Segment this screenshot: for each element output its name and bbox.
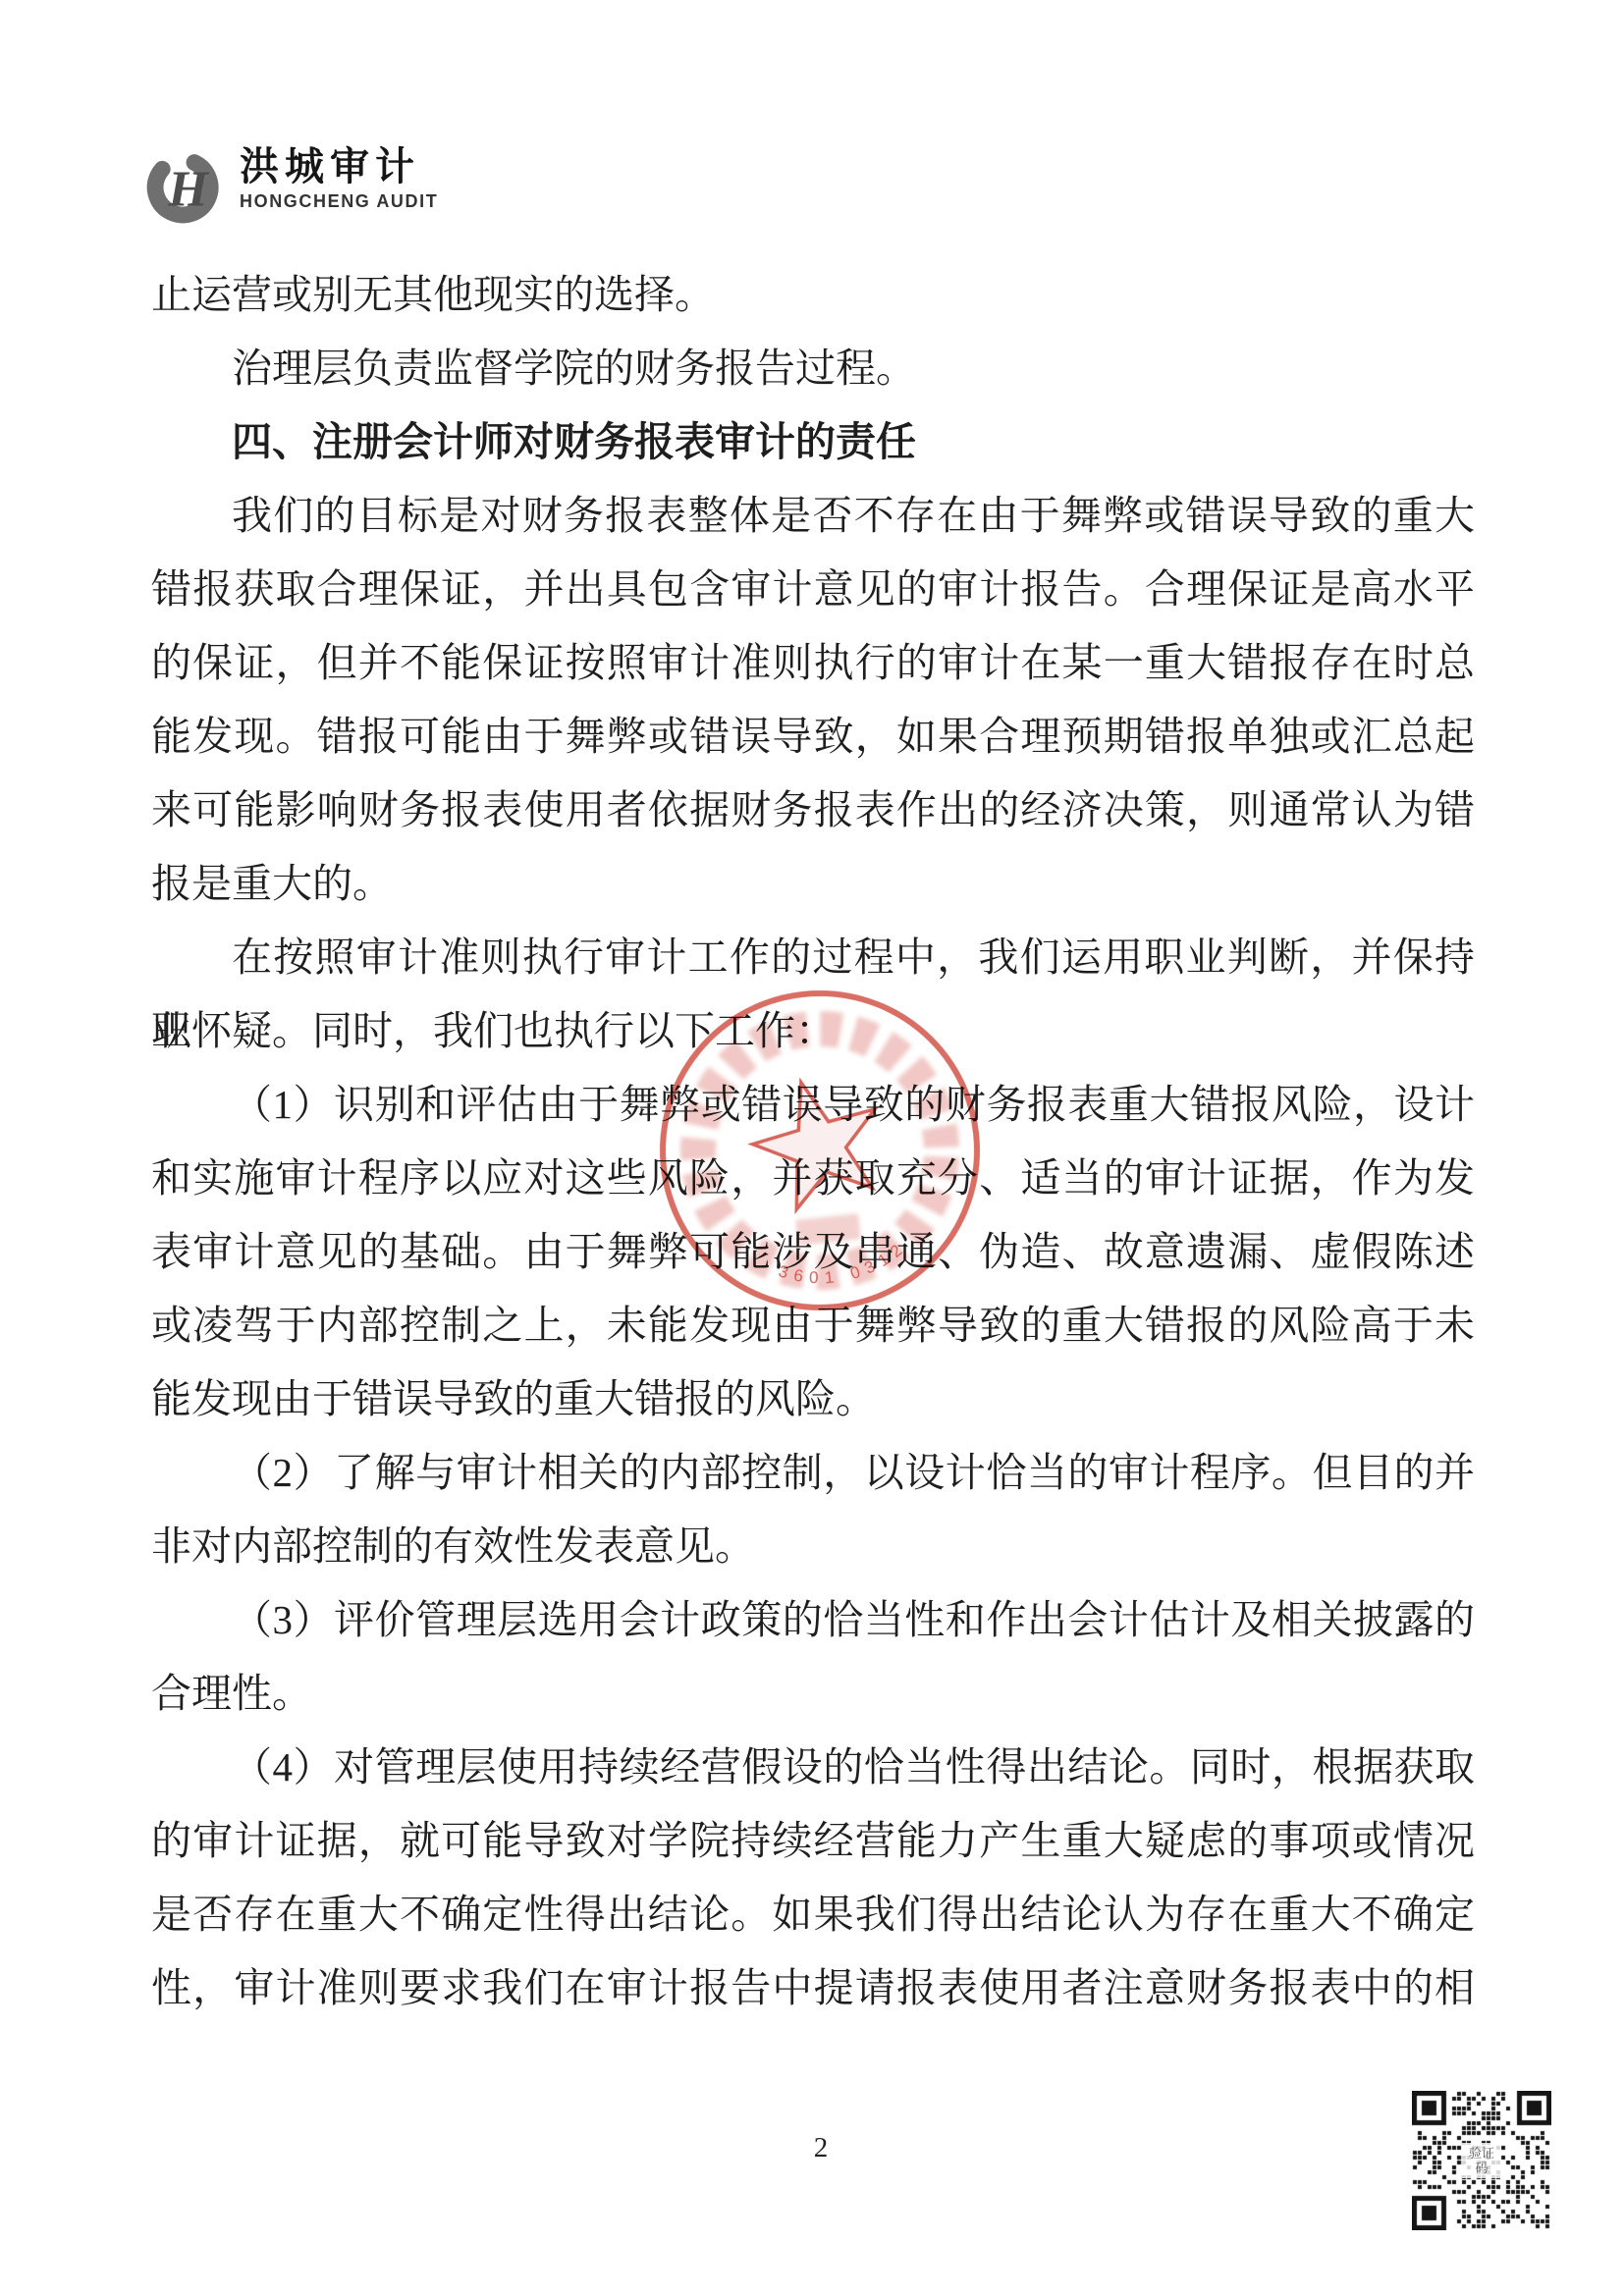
qr-center-label: 验证码 (1462, 2143, 1501, 2178)
text-line: （3）评价管理层选用会计政策的恰当性和作出会计估计及相关披露的 (151, 1583, 1475, 1657)
text-line: 错报获取合理保证，并出具包含审计意见的审计报告。合理保证是高水平 (151, 553, 1475, 626)
text-line: 我们的目标是对财务报表整体是否不存在由于舞弊或错误导致的重大 (151, 479, 1475, 553)
text-line: 合理性。 (151, 1657, 1475, 1731)
company-name-en: HONGCHENG AUDIT (240, 190, 438, 212)
scanned-document-page: H 洪城审计 HONGCHENG AUDIT 止运营或别无其他现实的选择。治理层… (0, 0, 1624, 2296)
svg-text:H: H (167, 161, 209, 218)
text-line: 的审计证据，就可能导致对学院持续经营能力产生重大疑虑的事项或情况 (151, 1804, 1475, 1878)
company-seal-stamp: 3601 0312 (636, 967, 1003, 1334)
text-line: 是否存在重大不确定性得出结论。如果我们得出结论认为存在重大不确定 (151, 1878, 1475, 1951)
text-line: （4）对管理层使用持续经营假设的恰当性得出结论。同时，根据获取 (151, 1731, 1475, 1804)
text-line: 性，审计准则要求我们在审计报告中提请报表使用者注意财务报表中的相 (151, 1951, 1475, 2025)
seal-star-icon (740, 1065, 895, 1216)
text-line: 能发现由于错误导致的重大错报的风险。 (151, 1362, 1475, 1436)
text-line: 非对内部控制的有效性发表意见。 (151, 1510, 1475, 1583)
text-line: 报是重大的。 (151, 847, 1475, 921)
text-line: 来可能影响财务报表使用者依据财务报表作出的经济决策，则通常认为错 (151, 774, 1475, 847)
logo-ch-monogram-icon: H (143, 145, 226, 228)
logo-text: 洪城审计 HONGCHENG AUDIT (240, 145, 438, 212)
company-logo: H 洪城审计 HONGCHENG AUDIT (143, 145, 438, 228)
text-line: 的保证，但并不能保证按照审计准则执行的审计在某一重大错报存在时总 (151, 626, 1475, 700)
section-heading: 四、注册会计师对财务报表审计的责任 (151, 405, 1475, 479)
qr-code: 验证码 (1412, 2091, 1551, 2230)
company-name-cn: 洪城审计 (240, 145, 438, 188)
text-line: 止运营或别无其他现实的选择。 (151, 258, 1475, 332)
text-line: 治理层负责监督学院的财务报告过程。 (151, 332, 1475, 405)
text-line: （2）了解与审计相关的内部控制，以设计恰当的审计程序。但目的并 (151, 1436, 1475, 1510)
text-line: 能发现。错报可能由于舞弊或错误导致，如果合理预期错报单独或汇总起 (151, 700, 1475, 774)
page-number: 2 (791, 2132, 850, 2164)
